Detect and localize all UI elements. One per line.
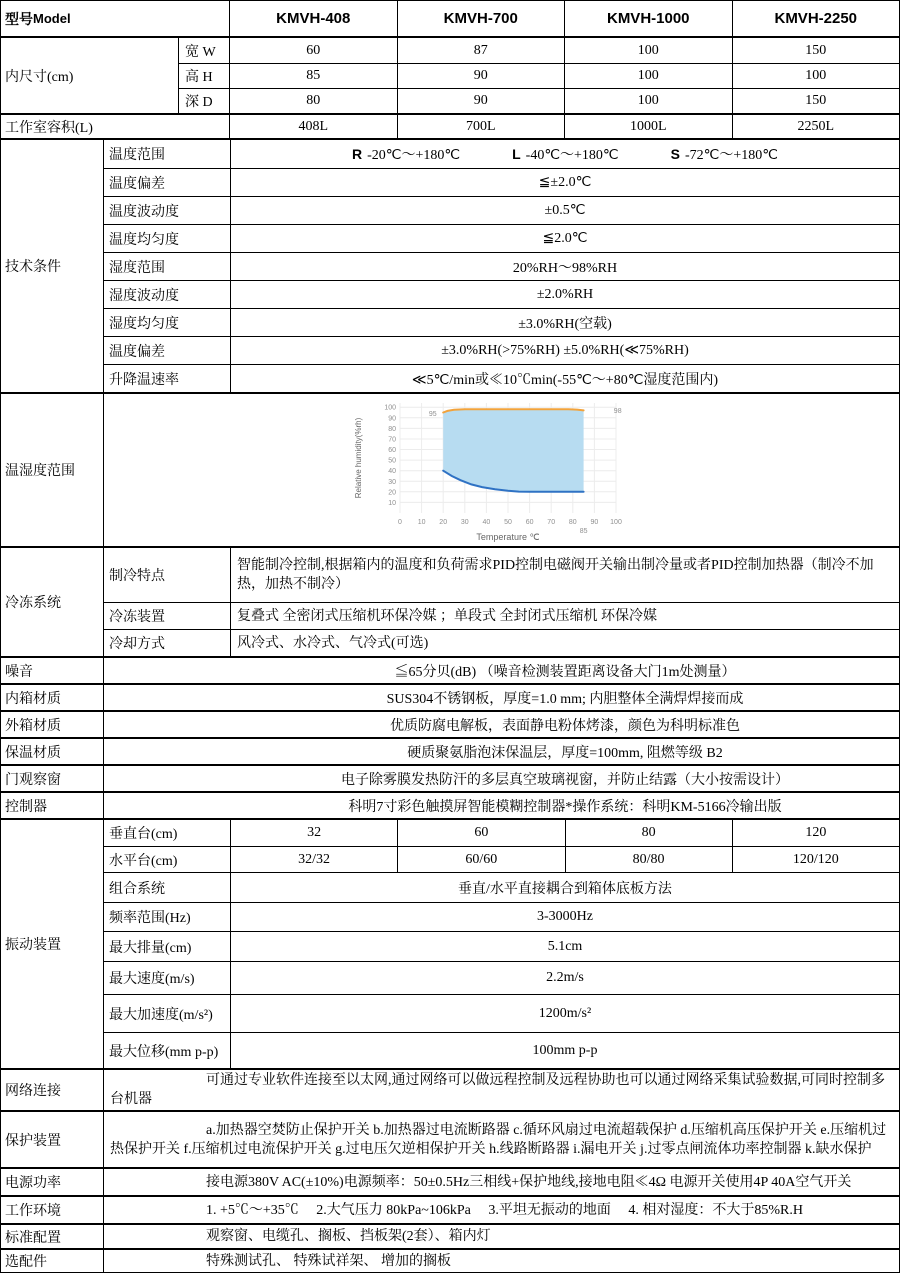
table-row: 最大排量(cm) 5.1cm [104,931,899,961]
spec-row-value: 100mm p-p [231,1033,899,1068]
depth-value: 100 [565,89,733,113]
svg-text:100: 100 [384,404,396,411]
temp-range-values: R-20℃～+180℃ L-40℃～+180℃ S-72℃～+180℃ [231,140,899,168]
spec-row-label: 控制器 [1,793,104,818]
volume-value: 2250L [733,115,900,138]
width-value: 87 [398,38,566,63]
spec-row-label: 选配件 [1,1250,104,1272]
height-value: 100 [565,64,733,88]
spec-row-value: 观察窗、电缆孔、搁板、挡板架(2套）、箱内灯 [104,1225,899,1248]
spec-row-value: 32/32 [231,847,398,872]
table-row: 垂直台(cm) 32 60 80 120 [104,820,899,846]
vibration-section: 振动装置 垂直台(cm) 32 60 80 120 水平台(cm) 32/32 … [1,818,899,1068]
spec-row-label: 温度偏差 [104,337,231,364]
spec-row-value: 32 [231,820,398,846]
model-label-en: Model [33,11,71,26]
spec-table: 型号Model KMVH-408 KMVH-700 KMVH-1000 KMVH… [0,0,900,1273]
svg-text:10: 10 [388,499,396,506]
model-header-kmvh-408: KMVH-408 [230,1,398,36]
tech-conditions-label: 技术条件 [1,140,104,392]
spec-row-value: 硬质聚氨脂泡沫保温层，厚度=100mm, 阻燃等级 B2 [104,739,899,764]
tech-conditions-section: 技术条件 温度范围 R-20℃～+180℃ L-40℃～+180℃ S-72℃～… [1,138,899,392]
humidity-range-section: 温湿度范围 0102030405060708090100102030405060… [1,392,899,546]
spec-row-label: 最大位移(mm p-p) [104,1033,231,1068]
network-row: 网络连接 可通过专业软件连接至以太网,通过网络可以做远程控制及远程协助也可以通过… [1,1068,899,1110]
table-row: 最大加速度(m/s²) 1200m/s² [104,994,899,1032]
depth-label: 深 D [179,89,230,113]
temp-range-label: 温度范围 [104,140,231,168]
spec-row-label: 冷冻装置 [104,603,231,629]
spec-row-value: 20%RH～98%RH [231,253,899,280]
protection-row: 保护装置 a.加热器空焚防止保护开关 b.加热器过电流断路器 c.循环风扇过电流… [1,1110,899,1167]
width-label: 宽 W [179,38,230,63]
spec-row-label: 内箱材质 [1,685,104,710]
spec-row-value: 120 [733,820,899,846]
table-row: 最大位移(mm p-p) 100mm p-p [104,1032,899,1068]
inner-size-label: 内尺寸(cm) [1,38,179,113]
width-value: 150 [733,38,900,63]
spec-row-label: 制冷特点 [104,548,231,602]
spec-row-label: 频率范围(Hz) [104,903,231,931]
spec-row-value: 2.2m/s [231,962,899,994]
spec-row-label: 湿度范围 [104,253,231,280]
spec-row-value: 1. +5℃～+35℃ 2.大气压力 80kPa~106kPa 3.平坦无振动的… [104,1197,899,1223]
spec-row-value: 复叠式 全密闭式压缩机环保冷媒 ；单段式 全封闭式压缩机 环保冷媒 [231,603,899,629]
svg-text:60: 60 [388,447,396,454]
humidity-range-chart: 0102030405060708090100102030405060708090… [352,393,652,548]
table-row: 湿度范围 20%RH～98%RH [104,252,899,280]
vibration-label: 振动装置 [1,820,104,1068]
model-header-row: 型号Model KMVH-408 KMVH-700 KMVH-1000 KMVH… [1,1,899,36]
table-row-height: 高 H 85 90 100 100 [179,63,899,88]
model-header-kmvh-700: KMVH-700 [398,1,566,36]
spec-row-label: 保护装置 [1,1112,104,1167]
temp-range-r: R-20℃～+180℃ [352,144,460,164]
height-value: 100 [733,64,900,88]
svg-text:40: 40 [482,519,490,526]
svg-text:10: 10 [417,519,425,526]
table-row-width: 宽 W 60 87 100 150 [179,38,899,63]
options-row: 选配件 特殊测试孔、 特殊试祥架、 增加的搁板 [1,1248,899,1272]
spec-row-value: ±2.0%RH [231,281,899,308]
svg-text:20: 20 [388,489,396,496]
refrigeration-section: 冷冻系统 制冷特点 智能制冷控制,根据箱内的温度和负荷需求PID控制电磁阀开关输… [1,546,899,656]
svg-text:95: 95 [428,411,436,418]
spec-row-value: 接电源380V AC(±10%)电源频率：50±0.5Hz三相线+保护地线,接地… [104,1169,899,1195]
spec-row-label: 温度偏差 [104,169,231,196]
table-row: 温度偏差 ≦±2.0℃ [104,168,899,196]
svg-text:30: 30 [460,519,468,526]
spec-row-value: ≪5℃/min或≪10℃min(-55℃～+80℃湿度范围内) [231,365,899,392]
humidity-range-label: 温湿度范围 [1,394,104,546]
environment-row: 工作环境 1. +5℃～+35℃ 2.大气压力 80kPa~106kPa 3.平… [1,1195,899,1223]
refrigeration-label: 冷冻系统 [1,548,104,656]
window-row: 门观察窗 电子除雾膜发热防汗的多层真空玻璃视窗，并防止结露（大小按需设计） [1,764,899,791]
outer-material-row: 外箱材质 优质防腐电解板，表面静电粉体烤漆，颜色为科明标准色 [1,710,899,737]
svg-text:Temperature ℃: Temperature ℃ [476,532,539,542]
svg-text:30: 30 [388,478,396,485]
spec-row-value: 智能制冷控制,根据箱内的温度和负荷需求PID控制电磁阀开关输出制冷量或者PID控… [231,548,899,602]
spec-row-label: 组合系统 [104,873,231,902]
depth-value: 90 [398,89,566,113]
width-value: 100 [565,38,733,63]
spec-row-label: 升降温速率 [104,365,231,392]
table-row: 水平台(cm) 32/32 60/60 80/80 120/120 [104,846,899,872]
svg-text:90: 90 [590,519,598,526]
table-row: 冷却方式 风冷式、水冷式、气冷式(可选) [104,629,899,656]
controller-row: 控制器 科明7寸彩色触摸屏智能模糊控制器*操作系统：科明KM-5166冷输出版 [1,791,899,818]
spec-row-value: 可通过专业软件连接至以太网,通过网络可以做远程控制及远程协助也可以通过网络采集试… [104,1070,899,1110]
svg-text:70: 70 [547,519,555,526]
inner-material-row: 内箱材质 SUS304不锈钢板，厚度=1.0 mm; 内胆整体全满焊焊接而成 [1,683,899,710]
table-row: 温度均匀度 ≦2.0℃ [104,224,899,252]
inner-size-section: 内尺寸(cm) 宽 W 60 87 100 150 高 H 85 90 100 … [1,36,899,113]
table-row: 组合系统 垂直/水平直接耦合到箱体底板方法 [104,872,899,902]
width-value: 60 [230,38,398,63]
spec-row-value: 风冷式、水冷式、气冷式(可选) [231,630,899,656]
table-row: 频率范围(Hz) 3-3000Hz [104,902,899,931]
spec-row-value: 科明7寸彩色触摸屏智能模糊控制器*操作系统：科明KM-5166冷输出版 [104,793,899,818]
spec-row-value: 120/120 [733,847,899,872]
spec-row-label: 水平台(cm) [104,847,231,872]
spec-row-label: 垂直台(cm) [104,820,231,846]
svg-text:50: 50 [504,519,512,526]
spec-row-value: ±3.0%RH(空载) [231,309,899,336]
volume-value: 1000L [565,115,733,138]
depth-value: 80 [230,89,398,113]
table-row: 制冷特点 智能制冷控制,根据箱内的温度和负荷需求PID控制电磁阀开关输出制冷量或… [104,548,899,602]
model-header-kmvh-1000: KMVH-1000 [565,1,733,36]
spec-row-label: 门观察窗 [1,766,104,791]
volume-row: 工作室容积(L) 408L 700L 1000L 2250L [1,113,899,138]
spec-row-value: 60/60 [398,847,565,872]
height-value: 90 [398,64,566,88]
temp-range-s: S-72℃～+180℃ [671,144,778,164]
spec-row-label: 标准配置 [1,1225,104,1248]
spec-row-label: 最大排量(cm) [104,932,231,961]
spec-row-value: 优质防腐电解板，表面静电粉体烤漆，颜色为科明标准色 [104,712,899,737]
table-row: 温度波动度 ±0.5℃ [104,196,899,224]
spec-row-value: 1200m/s² [231,995,899,1032]
table-row: 温度偏差 ±3.0%RH(>75%RH) ±5.0%RH(≪75%RH) [104,336,899,364]
spec-row-label: 保温材质 [1,739,104,764]
svg-text:100: 100 [610,519,622,526]
model-label: 型号Model [1,1,230,36]
spec-row-label: 电源功率 [1,1169,104,1195]
spec-row-value: 特殊测试孔、 特殊试祥架、 增加的搁板 [104,1250,899,1272]
spec-row-value: ±3.0%RH(>75%RH) ±5.0%RH(≪75%RH) [231,337,899,364]
svg-text:90: 90 [388,415,396,422]
spec-row-label: 噪音 [1,658,104,683]
table-row: 最大速度(m/s) 2.2m/s [104,961,899,994]
spec-row-label: 工作环境 [1,1197,104,1223]
svg-text:85: 85 [579,528,587,535]
volume-value: 408L [230,115,398,138]
svg-text:60: 60 [525,519,533,526]
height-value: 85 [230,64,398,88]
volume-value: 700L [398,115,566,138]
spec-row-value: 60 [398,820,565,846]
spec-row-value: SUS304不锈钢板，厚度=1.0 mm; 内胆整体全满焊焊接而成 [104,685,899,710]
depth-value: 150 [733,89,900,113]
spec-row-label: 最大加速度(m/s²) [104,995,231,1032]
svg-text:40: 40 [388,468,396,475]
spec-row-label: 湿度均匀度 [104,309,231,336]
spec-row-value: a.加热器空焚防止保护开关 b.加热器过电流断路器 c.循环风扇过电流超载保护 … [104,1112,899,1167]
table-row: 湿度波动度 ±2.0%RH [104,280,899,308]
table-row: 冷冻装置 复叠式 全密闭式压缩机环保冷媒 ；单段式 全封闭式压缩机 环保冷媒 [104,602,899,629]
spec-row-value: 3-3000Hz [231,903,899,931]
table-row: 升降温速率 ≪5℃/min或≪10℃min(-55℃～+80℃湿度范围内) [104,364,899,392]
spec-row-value: ≦2.0℃ [231,225,899,252]
svg-text:20: 20 [439,519,447,526]
svg-text:Relative humidity(%rh): Relative humidity(%rh) [354,417,363,498]
svg-text:70: 70 [388,436,396,443]
svg-text:80: 80 [568,519,576,526]
svg-text:98: 98 [613,407,621,414]
svg-text:80: 80 [388,425,396,432]
humidity-range-chart-cell: 0102030405060708090100102030405060708090… [104,394,899,546]
spec-row-value: 80 [566,820,733,846]
spec-row-value: 垂直/水平直接耦合到箱体底板方法 [231,873,899,902]
svg-text:50: 50 [388,457,396,464]
spec-row-label: 网络连接 [1,1070,104,1110]
volume-label: 工作室容积(L) [1,115,230,138]
table-row: 湿度均匀度 ±3.0%RH(空载) [104,308,899,336]
spec-row-label: 温度均匀度 [104,225,231,252]
spec-row-value: 80/80 [566,847,733,872]
spec-row-value: 5.1cm [231,932,899,961]
power-row: 电源功率 接电源380V AC(±10%)电源频率：50±0.5Hz三相线+保护… [1,1167,899,1195]
noise-row: 噪音 ≦65分贝(dB) （噪音检测装置距离设备大门1m处测量） [1,656,899,683]
spec-row-label: 最大速度(m/s) [104,962,231,994]
spec-row-value: ±0.5℃ [231,197,899,224]
table-row-temp-range: 温度范围 R-20℃～+180℃ L-40℃～+180℃ S-72℃～+180℃ [104,140,899,168]
spec-row-value: ≦65分贝(dB) （噪音检测装置距离设备大门1m处测量） [104,658,899,683]
spec-row-value: 电子除雾膜发热防汗的多层真空玻璃视窗，并防止结露（大小按需设计） [104,766,899,791]
standard-config-row: 标准配置 观察窗、电缆孔、搁板、挡板架(2套）、箱内灯 [1,1223,899,1248]
temp-range-l: L-40℃～+180℃ [512,144,619,164]
spec-row-label: 冷却方式 [104,630,231,656]
height-label: 高 H [179,64,230,88]
spec-row-label: 温度波动度 [104,197,231,224]
model-label-cn: 型号 [5,9,33,29]
table-row-depth: 深 D 80 90 100 150 [179,88,899,113]
spec-row-label: 外箱材质 [1,712,104,737]
insulation-row: 保温材质 硬质聚氨脂泡沫保温层，厚度=100mm, 阻燃等级 B2 [1,737,899,764]
svg-text:0: 0 [398,519,402,526]
spec-row-label: 湿度波动度 [104,281,231,308]
spec-row-value: ≦±2.0℃ [231,169,899,196]
model-header-kmvh-2250: KMVH-2250 [733,1,900,36]
